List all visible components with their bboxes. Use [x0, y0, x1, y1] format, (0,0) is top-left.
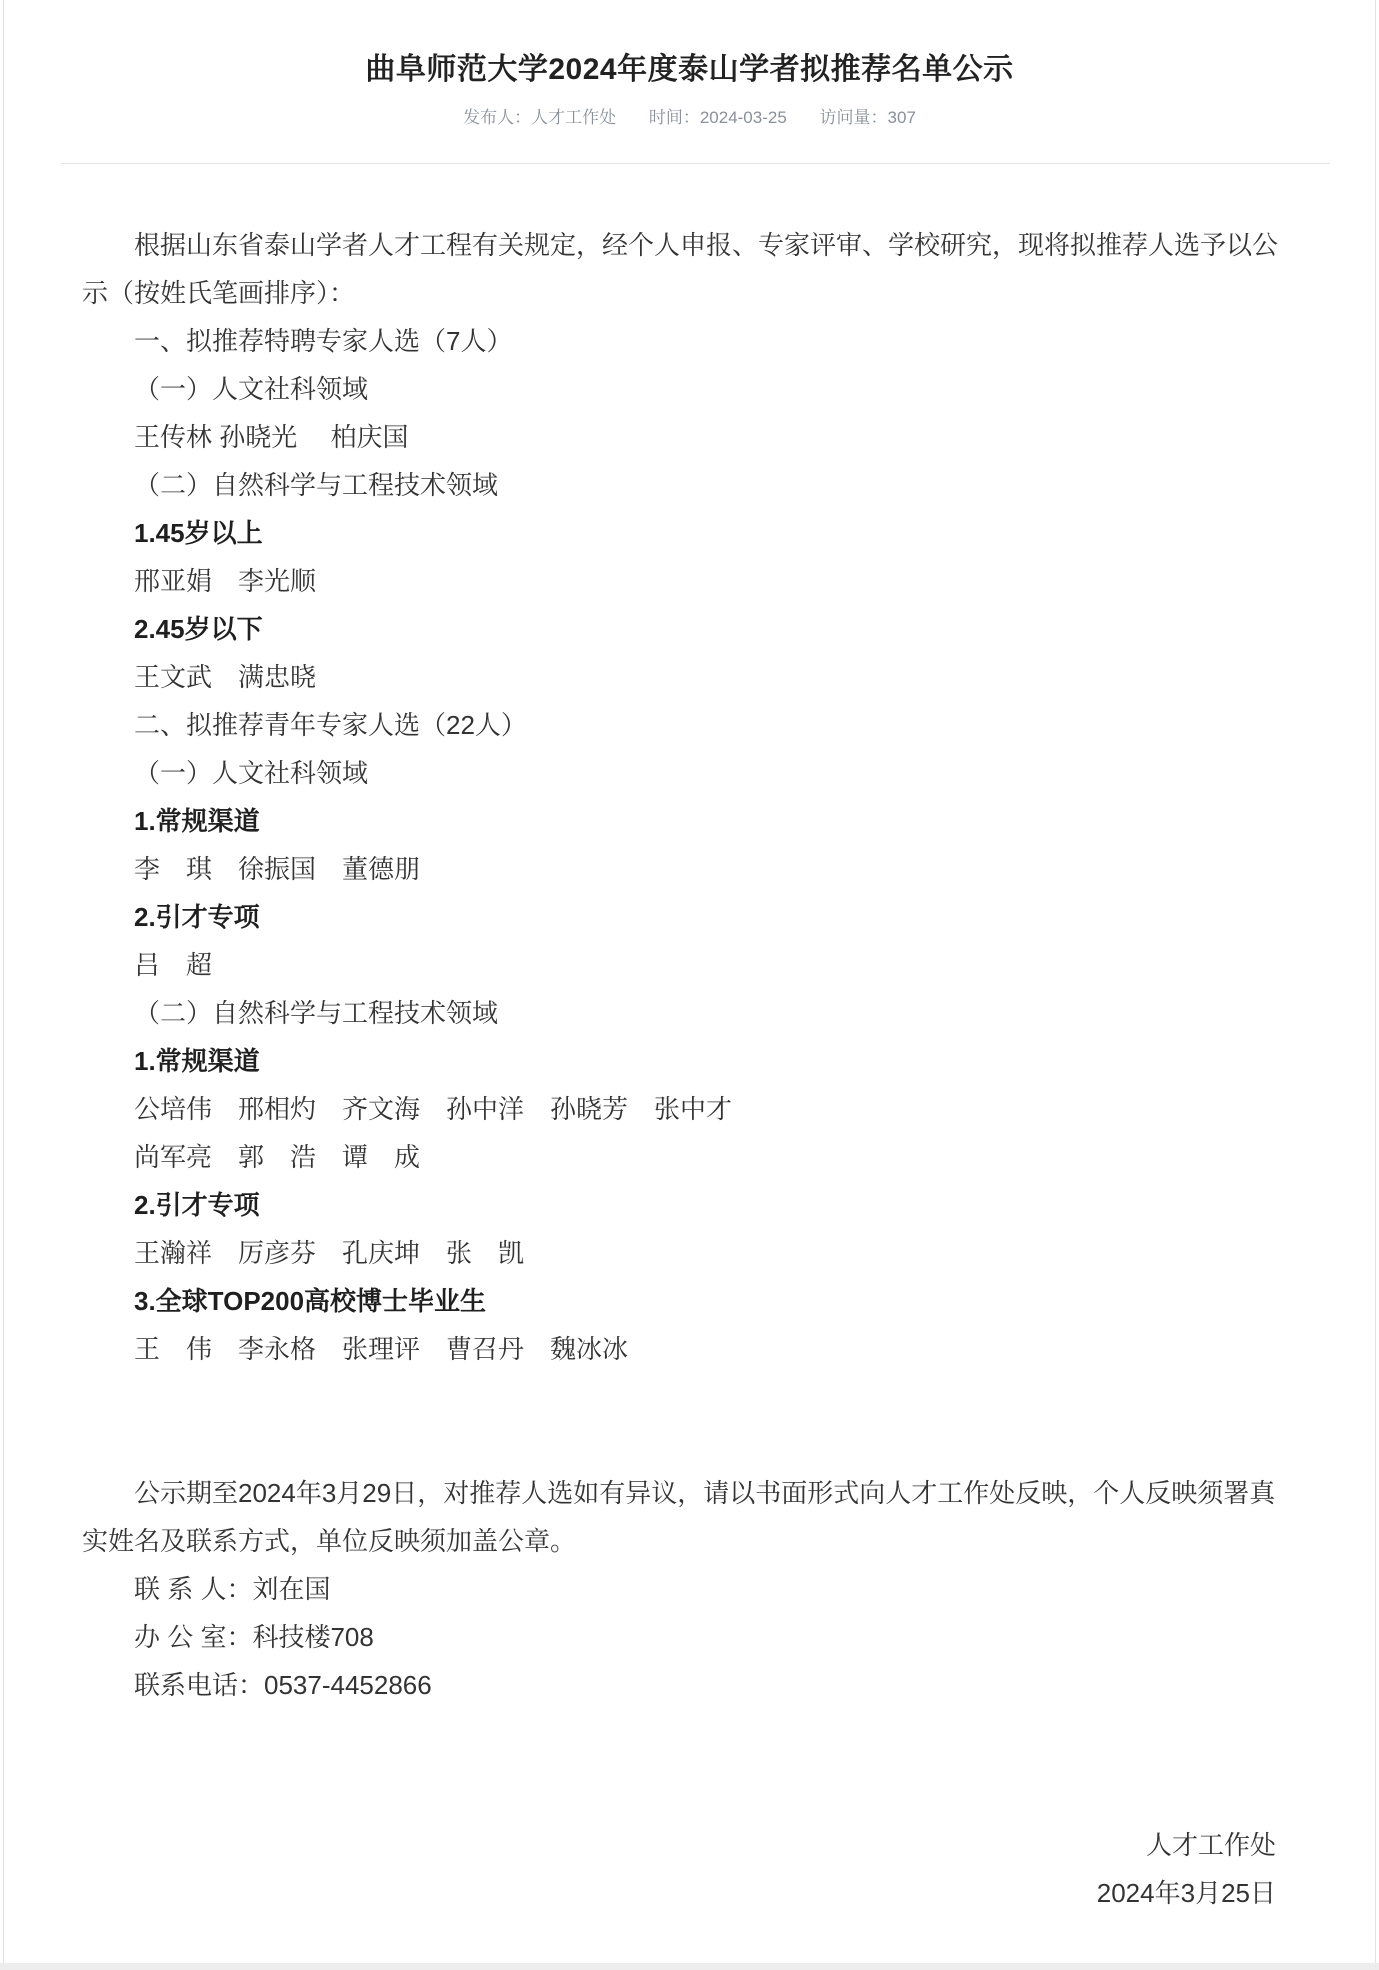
meta-publisher-label: 发布人： [463, 108, 531, 127]
article-heading-line: 1.45岁以上 [82, 509, 1313, 557]
article-line: （二）自然科学与工程技术领域 [82, 989, 1313, 1037]
meta-time: 时间：2024-03-25 [649, 106, 787, 130]
meta-time-value: 2024-03-25 [700, 108, 787, 127]
article-line: （一）人文社科领域 [82, 365, 1313, 413]
article-line: （一）人文社科领域 [82, 749, 1313, 797]
article-line: 王传林 孙晓光 柏庆国 [82, 413, 1313, 461]
meta-publisher-value: 人才工作处 [531, 108, 616, 127]
announcement-page: 曲阜师范大学2024年度泰山学者拟推荐名单公示 发布人：人才工作处 时间：202… [3, 0, 1376, 1963]
article-line: 王文武 满忠晓 [82, 653, 1313, 701]
article-line: 2024年3月25日 [82, 1869, 1313, 1917]
article-line: 联 系 人：刘在国 [82, 1565, 1313, 1613]
article-heading-line: 2.引才专项 [82, 1181, 1313, 1229]
meta-publisher: 发布人：人才工作处 [463, 106, 616, 130]
article-line: 公示期至2024年3月29日，对推荐人选如有异议，请以书面形式向人才工作处反映，… [82, 1469, 1313, 1517]
article-line: 示（按姓氏笔画排序）： [82, 269, 1313, 317]
spacer [82, 1373, 1313, 1469]
article-heading-line: 2.45岁以下 [82, 605, 1313, 653]
article-heading-line: 1.常规渠道 [82, 797, 1313, 845]
meta-views-value: 307 [888, 108, 916, 127]
article-heading-line: 2.引才专项 [82, 893, 1313, 941]
article-line: 邢亚娟 李光顺 [82, 557, 1313, 605]
article-line: 二、拟推荐青年专家人选（22人） [82, 701, 1313, 749]
meta-views-label: 访问量： [820, 108, 888, 127]
article-line: 王瀚祥 厉彦芬 孔庆坤 张 凯 [82, 1229, 1313, 1277]
article-meta: 发布人：人才工作处 时间：2024-03-25 访问量：307 [4, 106, 1375, 130]
article-line: 尚军亮 郭 浩 谭 成 [82, 1133, 1313, 1181]
page-bottom-band [0, 1963, 1379, 1970]
article-line: （二）自然科学与工程技术领域 [82, 461, 1313, 509]
article-line: 人才工作处 [82, 1821, 1313, 1869]
article-body: 根据山东省泰山学者人才工程有关规定，经个人申报、专家评审、学校研究，现将拟推荐人… [4, 164, 1375, 1917]
meta-views: 访问量：307 [820, 106, 916, 130]
article-line: 公培伟 邢相灼 齐文海 孙中洋 孙晓芳 张中才 [82, 1085, 1313, 1133]
article-line: 吕 超 [82, 941, 1313, 989]
article-line: 办 公 室：科技楼708 [82, 1613, 1313, 1661]
article-heading-line: 1.常规渠道 [82, 1037, 1313, 1085]
meta-time-label: 时间： [649, 108, 700, 127]
page-title: 曲阜师范大学2024年度泰山学者拟推荐名单公示 [4, 50, 1375, 90]
article-line: 一、拟推荐特聘专家人选（7人） [82, 317, 1313, 365]
article-line: 联系电话：0537-4452866 [82, 1661, 1313, 1709]
article-line: 实姓名及联系方式，单位反映须加盖公章。 [82, 1517, 1313, 1565]
spacer [82, 1709, 1313, 1821]
article-line: 李 琪 徐振国 董德朋 [82, 845, 1313, 893]
article-heading-line: 3.全球TOP200高校博士毕业生 [82, 1277, 1313, 1325]
article-line: 王 伟 李永格 张理评 曹召丹 魏冰冰 [82, 1325, 1313, 1373]
article-header: 曲阜师范大学2024年度泰山学者拟推荐名单公示 发布人：人才工作处 时间：202… [4, 0, 1375, 130]
article-line: 根据山东省泰山学者人才工程有关规定，经个人申报、专家评审、学校研究，现将拟推荐人… [82, 221, 1313, 269]
